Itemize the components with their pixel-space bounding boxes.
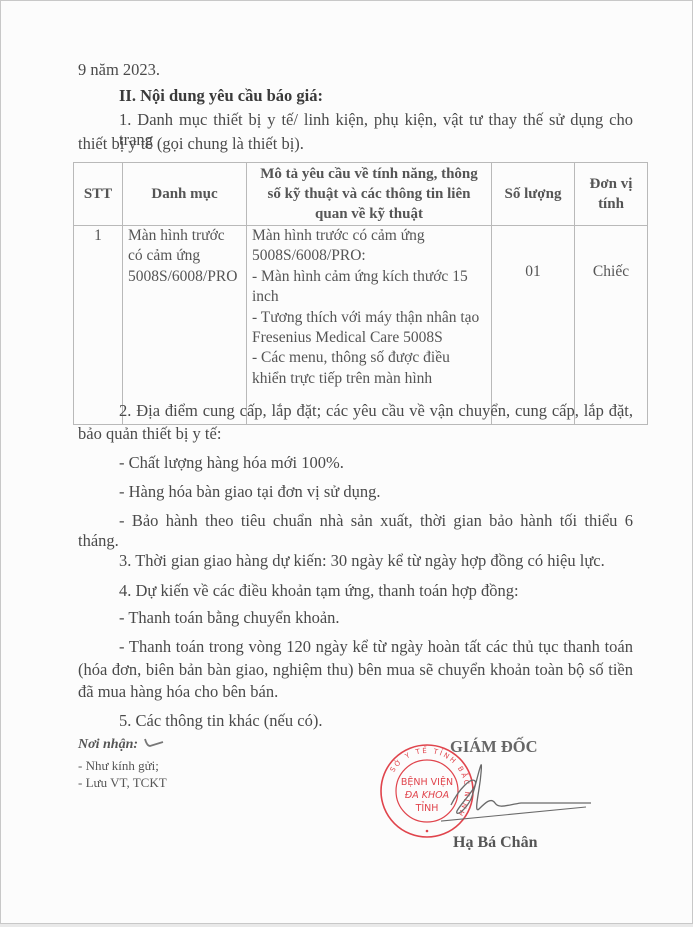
header-stt: STT	[74, 163, 123, 226]
header-quantity: Số lượng	[492, 163, 575, 226]
header-category: Danh mục	[123, 163, 247, 226]
category-line: Màn hình trước	[128, 226, 241, 246]
table-row: 1 Màn hình trước có cảm ứng 5008S/6008/P…	[74, 226, 648, 425]
item4: 4. Dự kiến về các điều khoản tạm ứng, th…	[119, 581, 519, 601]
header-unit-line: tính	[580, 194, 642, 214]
header-description-line: quan về kỹ thuật	[252, 204, 486, 224]
svg-text:TỈNH: TỈNH	[415, 802, 439, 814]
description-line: - Màn hình cảm ứng kích thước 15	[252, 267, 486, 287]
recipient-item: - Lưu VT, TCKT	[78, 773, 167, 793]
item2-line2: bảo quản thiết bị y tế:	[78, 424, 221, 444]
bullet-payment-line3: đã mua hàng hóa cho bên bán.	[78, 682, 278, 702]
category-line: 5008S/6008/PRO	[128, 267, 241, 287]
description-line: inch	[252, 287, 486, 307]
cell-category: Màn hình trước có cảm ứng 5008S/6008/PRO	[123, 226, 247, 425]
bullet-warranty-line1: - Bảo hành theo tiêu chuẩn nhà sản xuất,…	[119, 511, 633, 531]
handwritten-signature-icon	[441, 759, 591, 829]
header-description: Mô tả yêu cầu về tính năng, thông số kỹ …	[247, 163, 492, 226]
description-line: - Tương thích với máy thận nhân tạo	[252, 308, 486, 328]
category-line: có cảm ứng	[128, 246, 241, 266]
bullet-transfer: - Thanh toán bằng chuyển khoản.	[119, 608, 340, 628]
description-line: Màn hình trước có cảm ứng	[252, 226, 486, 246]
cell-stt: 1	[74, 226, 123, 425]
bullet-warranty-line2: tháng.	[78, 531, 119, 551]
item1-line2: thiết bị y tế (gọi chung là thiết bị).	[78, 134, 304, 154]
cell-unit: Chiếc	[575, 226, 648, 425]
header-description-line: Mô tả yêu cầu về tính năng, thông	[252, 164, 486, 184]
bullet-quality: - Chất lượng hàng hóa mới 100%.	[119, 453, 344, 473]
equipment-table: STT Danh mục Mô tả yêu cầu về tính năng,…	[73, 162, 648, 425]
header-unit: Đơn vị tính	[575, 163, 648, 226]
signer-name: Hạ Bá Chân	[453, 833, 537, 853]
item2-line1: 2. Địa điểm cung cấp, lắp đặt; các yêu c…	[119, 401, 633, 421]
description-line: khiển trực tiếp trên màn hình	[252, 369, 486, 389]
date-continuation: 9 năm 2023.	[78, 60, 160, 80]
tick-mark-icon	[143, 737, 165, 749]
bullet-payment-line1: - Thanh toán trong vòng 120 ngày kể từ n…	[119, 637, 633, 657]
table-header-row: STT Danh mục Mô tả yêu cầu về tính năng,…	[74, 163, 648, 226]
description-line: - Các menu, thông số được điều	[252, 348, 486, 368]
recipients-title: Nơi nhận:	[78, 735, 138, 755]
header-description-line: số kỹ thuật và các thông tin liên	[252, 184, 486, 204]
cell-description: Màn hình trước có cảm ứng 5008S/6008/PRO…	[247, 226, 492, 425]
cell-quantity: 01	[492, 226, 575, 425]
description-line: 5008S/6008/PRO:	[252, 246, 486, 266]
item5: 5. Các thông tin khác (nếu có).	[119, 711, 322, 731]
bullet-payment-line2: (hóa đơn, biên bản bàn giao, nghiệm thu)…	[78, 660, 633, 680]
description-line: Fresenius Medical Care 5008S	[252, 328, 486, 348]
document-page: 9 năm 2023. II. Nội dung yêu cầu báo giá…	[0, 0, 693, 924]
section-heading: II. Nội dung yêu cầu báo giá:	[119, 86, 323, 106]
item3: 3. Thời gian giao hàng dự kiến: 30 ngày …	[119, 551, 605, 571]
header-unit-line: Đơn vị	[580, 174, 642, 194]
bullet-delivery: - Hàng hóa bàn giao tại đơn vị sử dụng.	[119, 482, 380, 502]
